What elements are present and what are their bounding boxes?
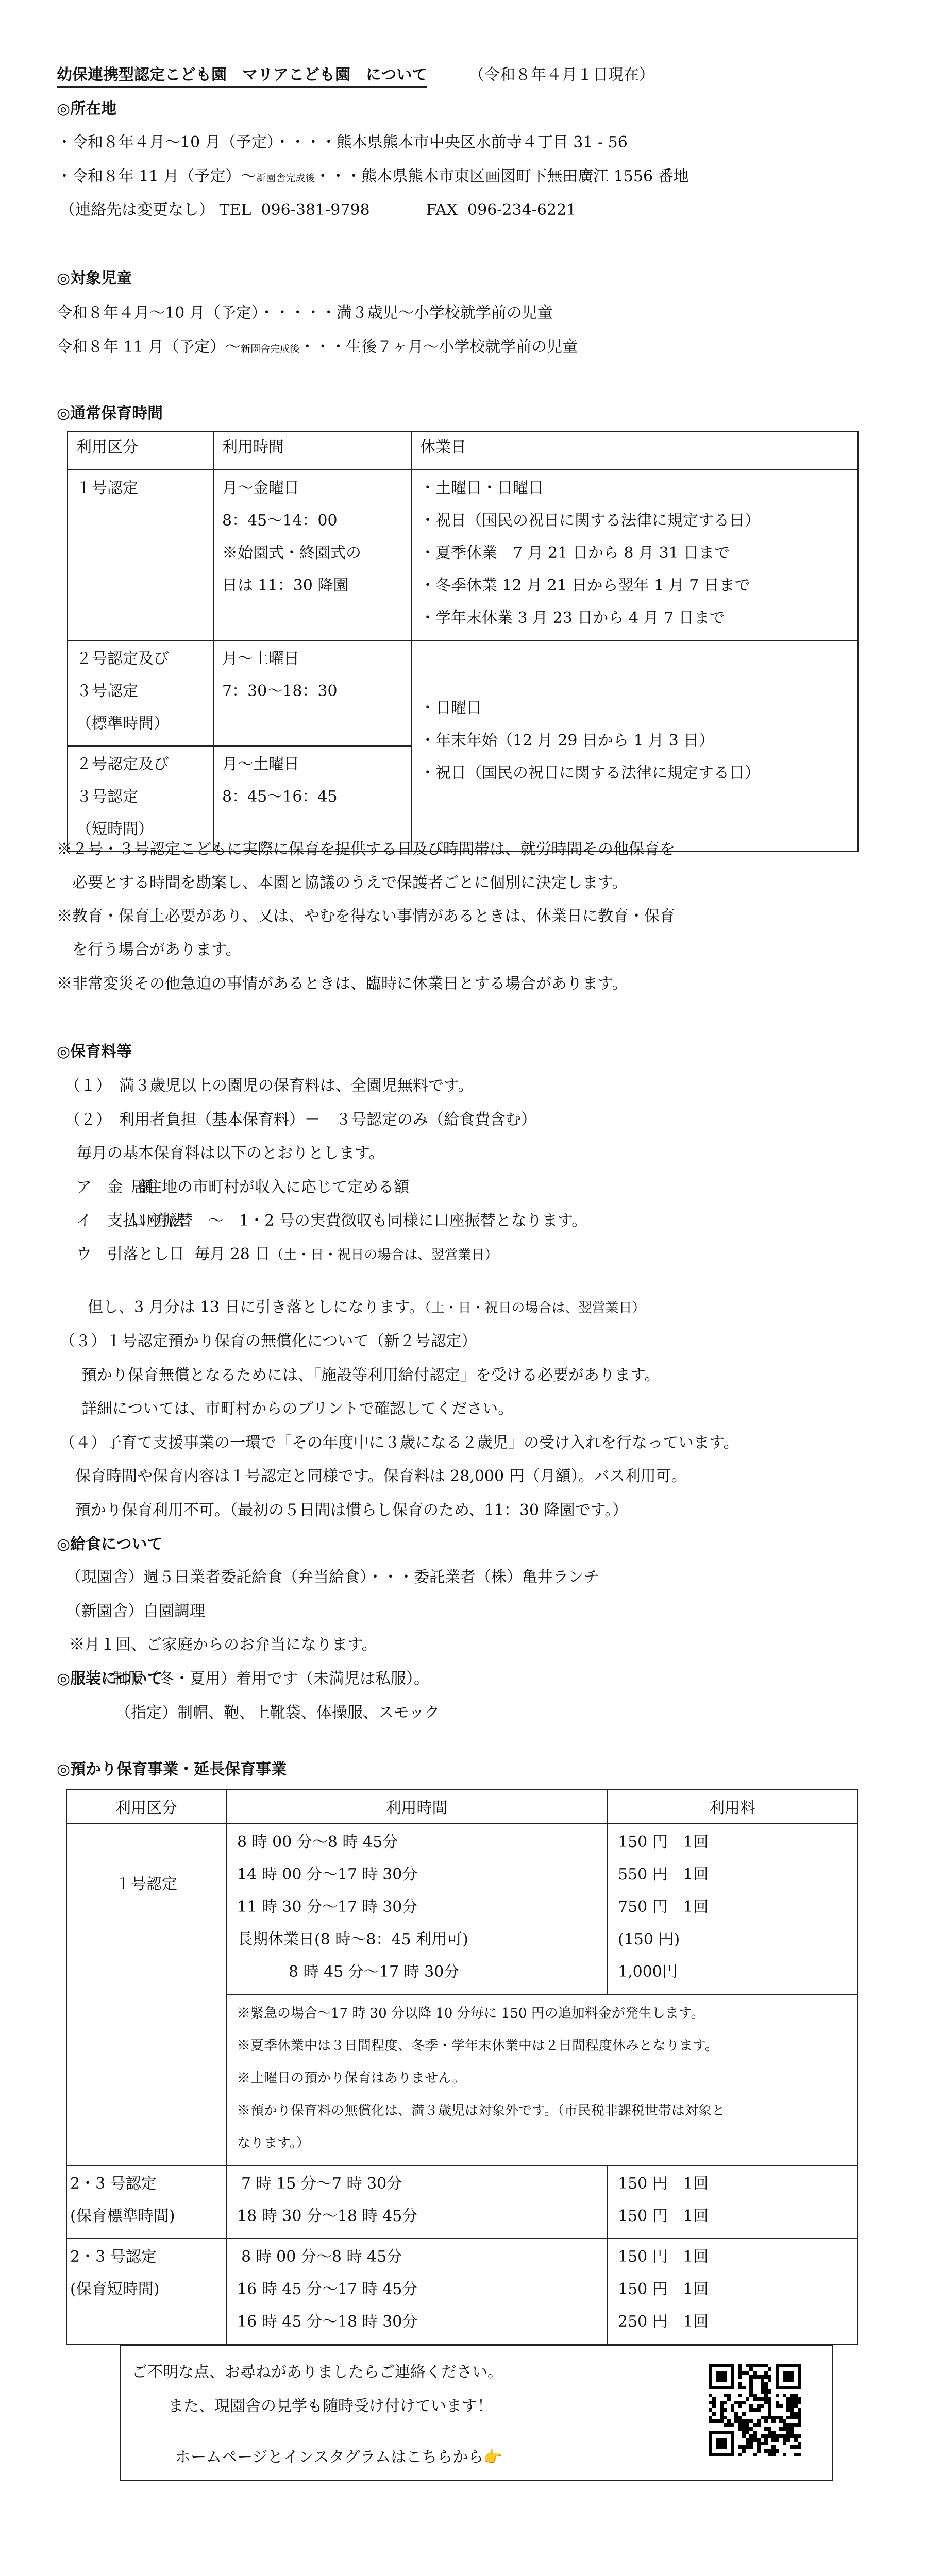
fees-item-1: （１） 満３歳児以上の園児の保育料は、全園児無料です。	[65, 1078, 474, 1094]
childcare-type1-row: １号認定 8 時 00 分～8 時 45分 14 時 00 分～17 時 30分…	[66, 1824, 857, 1995]
page-title: 幼保連携型認定こども園 マリアこども園 について	[57, 67, 427, 88]
lunch-new: （新園舎）自園調理	[66, 1604, 205, 1619]
location-heading: ◎所在地	[57, 101, 116, 117]
fees-item-3-line-2: 詳細については、市町村からのプリントで確認してください。	[81, 1401, 513, 1417]
contact-line: （連絡先は変更なし） TEL 096-381-9798 FAX 096-234-…	[60, 202, 576, 218]
hours-note-1: ※２号・３号認定こどもに実際に保育を提供する日及び時間帯は、就労時間その他保育を	[57, 842, 675, 857]
pointing-hand-icon: 👉	[483, 2448, 502, 2466]
hours-row-type23-standard: ２号認定及び ３号認定 （標準時間） 月～土曜日 7：30～18：30 ・日曜日…	[68, 640, 858, 746]
lunch-heading: ◎給食について	[57, 1537, 163, 1552]
fees-item-2-amount-value: 居住地の市町村が収入に応じて定める額	[131, 1180, 409, 1195]
lunch-current: （現園舎）週５日業者委託給食（弁当給食）・・・委託業者（株）亀井ランチ	[66, 1570, 599, 1585]
as-of-date: （令和８年４月１日現在）	[469, 67, 654, 83]
hours-note-3: ※教育・保育上必要があり、又は、やむを得ない事情があるときは、休業日に教育・保育	[57, 909, 675, 924]
childcare-header-row: 利用区分 利用時間 利用料	[66, 1790, 857, 1824]
fees-item-3-line-1: 預かり保育無償となるためには、「施設等利用給付認定」を受ける必要があります。	[81, 1368, 660, 1383]
fees-item-2-march: 但し、3 月分は 13 日に引き落としになります。（土・日・祝日の場合は、翌営業…	[88, 1300, 645, 1315]
homepage-instagram-link[interactable]: ホームページとインスタグラムはこちらから	[175, 2448, 483, 2466]
hours-table: 利用区分 利用時間 休業日 １号認定 月～金曜日 8：45～14：00 ※始園式…	[67, 431, 859, 852]
hours-note-2: 必要とする時間を勘案し、本園と協議のうえで保護者ごとに個別に決定します。	[57, 875, 628, 891]
hours-note-4: を行う場合があります。	[57, 942, 241, 958]
fees-item-2-debit: ウ 引落とし日 毎月 28 日（土・日・祝日の場合は、翌営業日）	[76, 1247, 498, 1262]
tel-number[interactable]: 096-381-9798	[261, 201, 369, 219]
lunch-note: ※月１回、ご家庭からのお弁当になります。	[69, 1637, 377, 1653]
location-current: ・令和８年４月～10 月（予定）・・・・熊本県熊本市中央区水前寺４丁目 31 -…	[57, 135, 628, 150]
uniform-line-1: 制服（冬・夏用）着用です（未満児は私服）。	[112, 1671, 429, 1687]
location-new: ・令和８年 11 月（予定）～新園舎完成後・・・熊本県熊本市東区画図町下無田廣江…	[57, 169, 689, 184]
contact-line-2: また、現園舎の見学も随時受け付けています！	[168, 2399, 493, 2414]
contact-line-1: ご不明な点、お尋ねがありましたらご連絡ください。	[132, 2365, 503, 2380]
childcare-table: 利用区分 利用時間 利用料 １号認定 8 時 00 分～8 時 45分 14 時…	[66, 1789, 858, 2345]
fees-item-4-line-2: 預かり保育利用不可。（最初の５日間は慣らし保育のため、11：30 降園です。）	[75, 1503, 628, 1518]
fax-number: 096-234-6221	[467, 201, 576, 219]
childcare-type23-standard-row: 2・3 号認定 (保育標準時間) 7 時 15 分～7 時 30分 18 時 3…	[66, 2165, 857, 2239]
hours-heading: ◎通常保育時間	[57, 406, 163, 421]
contact-line-3[interactable]: ホームページとインスタグラムはこちらから👉	[175, 2450, 503, 2465]
eligibility-line-1: 令和８年４月～10 月（予定）・・・・・満３歳児～小学校就学前の児童	[57, 306, 553, 321]
fees-item-2-payment-value: 口座振替 ～ 1・2 号の実費徴収も同様に口座振替となります。	[131, 1213, 587, 1229]
childcare-type23-short-row: 2・3 号認定 (保育短時間) 8 時 00 分～8 時 45分 16 時 45…	[66, 2239, 857, 2344]
hours-note-5: ※非常変災その他急迫の事情があるときは、臨時に休業日とする場合があります。	[57, 976, 628, 992]
fees-item-2-intro: 毎月の基本保育料は以下のとおりとします。	[76, 1146, 384, 1161]
eligibility-line-2: 令和８年 11 月（予定）～新園舎完成後・・・生後７ヶ月～小学校就学前の児童	[57, 340, 578, 355]
fees-heading: ◎保育料等	[57, 1044, 132, 1060]
qr-code[interactable]	[709, 2364, 801, 2456]
eligibility-heading: ◎対象児童	[57, 271, 132, 286]
fees-item-4: （４）子育て支援事業の一環で「その年度中に３歳になる２歳児」の受け入れを行なって…	[60, 1435, 739, 1451]
uniform-line-2: （指定）制帽、鞄、上靴袋、体操服、スモック	[115, 1705, 440, 1721]
fees-item-2: （２） 利用者負担（基本保育料）－ ３号認定のみ（給食費含む）	[65, 1112, 536, 1128]
hours-row-type1: １号認定 月～金曜日 8：45～14：00 ※始園式・終園式の 日は 11：30…	[68, 470, 858, 640]
childcare-heading: ◎預かり保育事業・延長保育事業	[57, 1762, 287, 1777]
hours-header-row: 利用区分 利用時間 休業日	[68, 431, 858, 470]
fees-item-3: （３）１号認定預かり保育の無償化について（新２号認定）	[60, 1334, 477, 1349]
fees-item-4-line-1: 保育時間や保育内容は１号認定と同様です。保育料は 28,000 円（月額）。バス…	[75, 1469, 687, 1484]
